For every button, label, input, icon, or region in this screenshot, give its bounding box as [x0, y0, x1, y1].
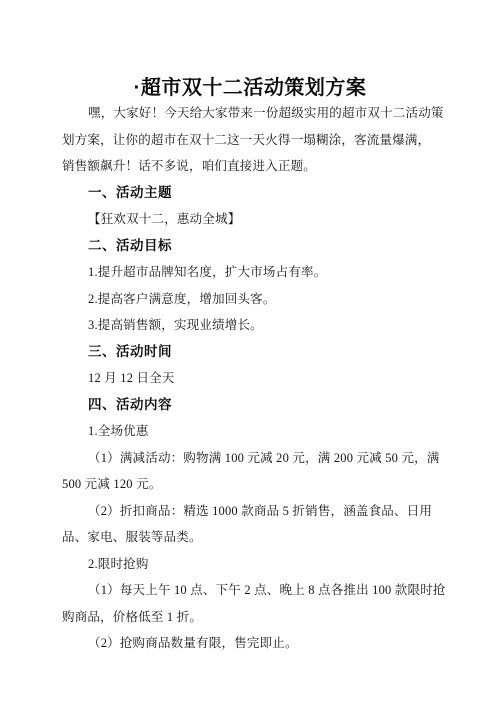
section-4-item-2-line-1: （2）折扣商品：精选 1000 款商品 5 折销售，涵盖食品、日用: [62, 498, 444, 525]
section-4-item-4-line-1: （2）抢购商品数量有限，售完即止。: [62, 630, 444, 657]
section-1-theme: 【狂欢双十二，惠动全城】: [62, 206, 444, 233]
section-1-heading: 一、活动主题: [62, 180, 444, 207]
section-4-sub-1-title: 1.全场优惠: [62, 418, 444, 445]
section-4-item-3-line-2: 购商品，价格低至 1 折。: [62, 604, 444, 631]
doc-title: ·超市双十二活动策划方案: [0, 75, 500, 101]
section-4-item-1-line-2: 500 元减 120 元。: [62, 471, 444, 498]
section-4-item-2-line-2: 品、家电、服装等品类。: [62, 524, 444, 551]
section-2-goal-2: 2.提高客户满意度，增加回头客。: [62, 286, 444, 313]
document-page: ·超市双十二活动策划方案 嘿，大家好！今天给大家带来一份超级实用的超市双十二活动…: [0, 0, 500, 707]
section-3-time: 12 月 12 日全天: [62, 365, 444, 392]
doc-body: 嘿，大家好！今天给大家带来一份超级实用的超市双十二活动策 划方案，让你的超市在双…: [62, 100, 444, 657]
section-2-goal-1: 1.提升超市品牌知名度，扩大市场占有率。: [62, 259, 444, 286]
section-2-goal-3: 3.提高销售额，实现业绩增长。: [62, 312, 444, 339]
section-4-sub-2-title: 2.限时抢购: [62, 551, 444, 578]
intro-line-1: 嘿，大家好！今天给大家带来一份超级实用的超市双十二活动策: [62, 100, 444, 127]
section-2-heading: 二、活动目标: [62, 233, 444, 260]
section-4-item-1-line-1: （1）满减活动：购物满 100 元减 20 元，满 200 元减 50 元，满: [62, 445, 444, 472]
section-4-item-3-line-1: （1）每天上午 10 点、下午 2 点、晚上 8 点各推出 100 款限时抢: [62, 577, 444, 604]
intro-line-3: 销售额飙升！话不多说，咱们直接进入正题。: [62, 153, 444, 180]
section-3-heading: 三、活动时间: [62, 339, 444, 366]
section-4-heading: 四、活动内容: [62, 392, 444, 419]
intro-line-2: 划方案，让你的超市在双十二这一天火得一塌糊涂，客流量爆满，: [62, 127, 444, 154]
